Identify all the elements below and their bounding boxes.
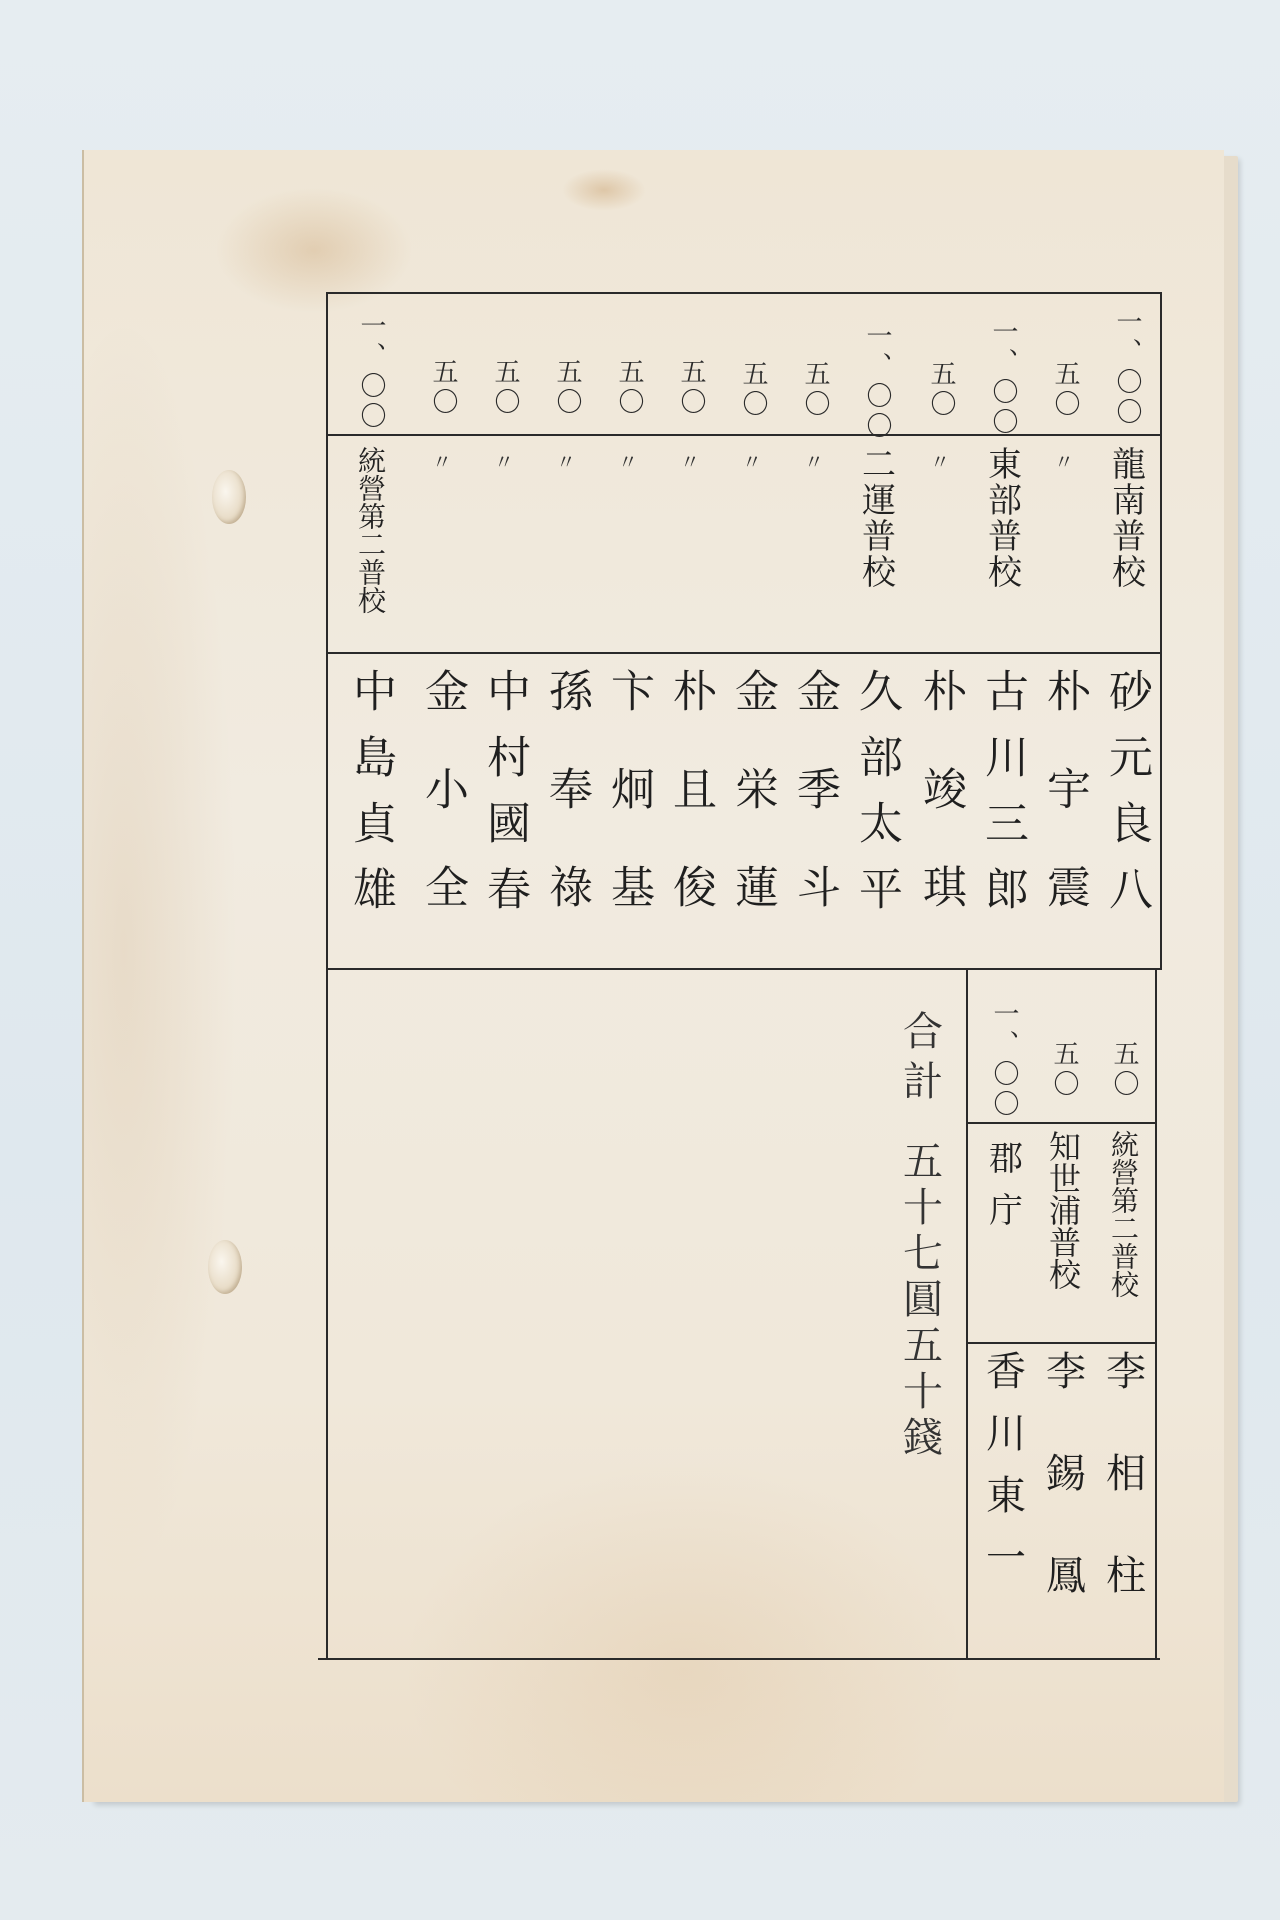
row-divider-amounts [326, 434, 1162, 436]
amount-cell: 五〇 [660, 358, 720, 418]
name-cell: 李相柱 [1095, 1350, 1151, 1656]
amount-cell: 五〇 [474, 358, 534, 418]
school-cell: 〃 [784, 446, 844, 475]
school-cell: 〃 [1034, 446, 1094, 475]
school-cell: 統營第二普校 [1095, 1130, 1151, 1298]
name-cell: 久部太平 [846, 668, 906, 932]
school-cell: 統營第二普校 [340, 446, 400, 614]
amount-cell: 一、〇〇 [975, 1000, 1031, 1120]
amount-cell: 五〇 [1095, 1040, 1151, 1100]
amount-cell: 五〇 [412, 358, 472, 418]
school-cell: 〃 [722, 446, 782, 475]
paper-damage-spot [212, 470, 246, 524]
name-cell: 卞炯基 [598, 668, 658, 962]
amount-cell: 一、〇〇 [846, 322, 906, 442]
total-value: 五十七圓五十錢 [880, 1140, 960, 1462]
school-cell: 龍南普校 [1096, 446, 1156, 590]
amount-cell: 一、〇〇 [340, 312, 400, 432]
amount-cell: 五〇 [1035, 1040, 1091, 1100]
school-cell: 二運普校 [846, 446, 906, 590]
amount-cell: 五〇 [784, 360, 844, 420]
school-cell: 〃 [910, 446, 970, 475]
table-top-border [326, 292, 1162, 294]
name-cell: 中島貞雄 [340, 668, 400, 932]
name-cell: 李錫鳳 [1035, 1350, 1091, 1656]
amount-cell: 五〇 [598, 358, 658, 418]
subbox-left-border [966, 970, 968, 1660]
name-cell: 中村國春 [474, 668, 534, 932]
school-cell: 〃 [474, 446, 534, 475]
amount-cell: 五〇 [536, 358, 596, 418]
school-cell: 〃 [660, 446, 720, 475]
amount-cell: 一、〇〇 [972, 318, 1032, 438]
name-cell: 孫奉祿 [536, 668, 596, 962]
name-cell: 朴且俊 [660, 668, 720, 962]
subbox-divider-schools [968, 1342, 1155, 1344]
school-cell: 知世浦普校 [1035, 1130, 1091, 1290]
amount-cell: 一、〇〇 [1096, 308, 1156, 428]
table-right-border [1160, 292, 1162, 970]
total-label: 合計 [880, 1010, 960, 1110]
table-left-border [326, 292, 328, 1660]
row-divider-names [326, 968, 1162, 970]
school-cell: 郡庁 [975, 1140, 1031, 1244]
subbox-right-border [1155, 970, 1157, 1660]
row-divider-schools [326, 652, 1162, 654]
amount-cell: 五〇 [1034, 360, 1094, 420]
name-cell: 香川東一 [975, 1350, 1031, 1598]
paper-damage-spot [208, 1240, 242, 1294]
name-cell: 砂元良八 [1096, 668, 1156, 932]
amount-cell: 五〇 [722, 360, 782, 420]
name-cell: 金季斗 [784, 668, 844, 962]
name-cell: 朴竣琪 [910, 668, 970, 962]
school-cell: 〃 [598, 446, 658, 475]
table-bottom-border [318, 1658, 1160, 1660]
name-cell: 金小全 [412, 668, 472, 962]
school-cell: 東部普校 [972, 446, 1032, 590]
subbox-divider-amounts [968, 1122, 1155, 1124]
name-cell: 古川三郎 [972, 668, 1032, 932]
name-cell: 金栄蓮 [722, 668, 782, 962]
name-cell: 朴宇震 [1034, 668, 1094, 962]
amount-cell: 五〇 [910, 360, 970, 420]
school-cell: 〃 [412, 446, 472, 475]
school-cell: 〃 [536, 446, 596, 475]
